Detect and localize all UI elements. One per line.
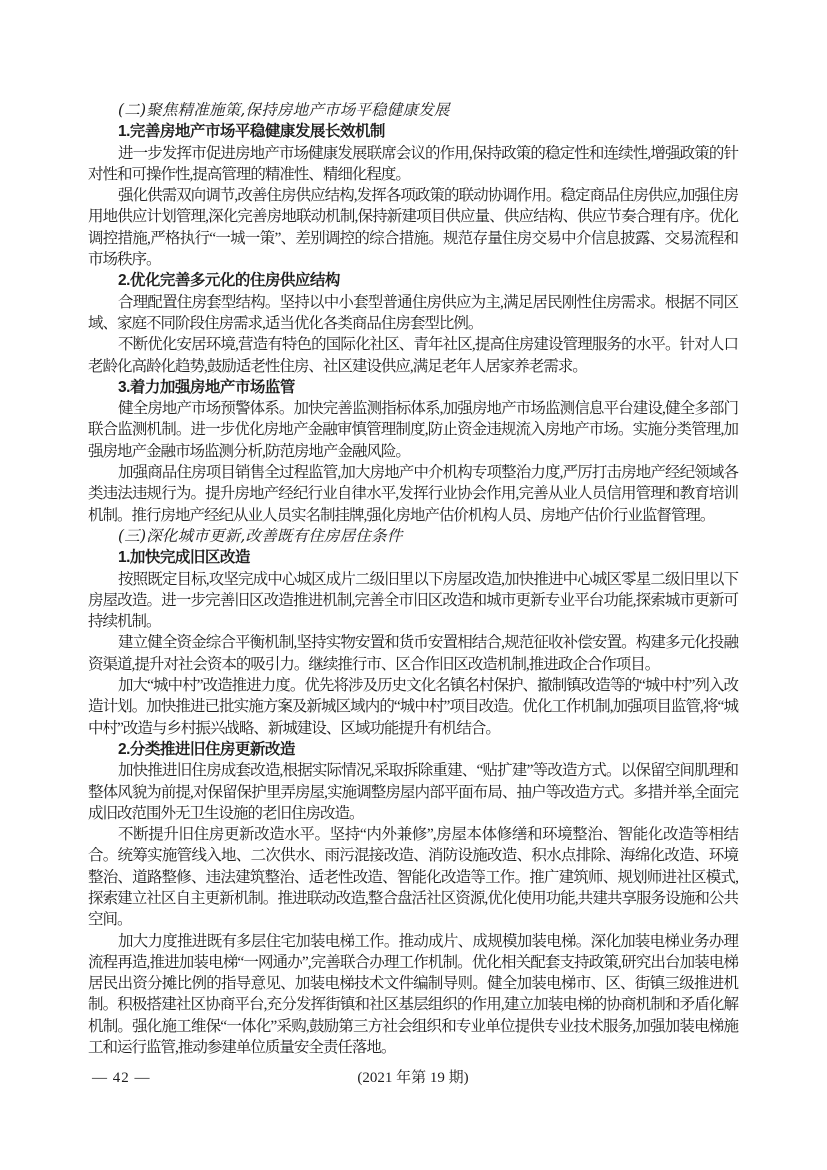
body-paragraph: 健全房地产市场预警体系。加快完善监测指标体系,加强房地产市场监测信息平台建设,健… (88, 398, 738, 462)
body-paragraph: 加大“城中村”改造推进力度。优先将涉及历史文化名镇名村保护、撤制镇改造等的“城中… (88, 675, 738, 739)
sub-heading: 2.分类推进旧住房更新改造 (88, 739, 738, 760)
body-paragraph: 按照既定目标,攻坚完成中心城区成片二级旧里以下房屋改造,加快推进中心城区零星二级… (88, 569, 738, 633)
body-paragraph: 进一步发挥市促进房地产市场健康发展联席会议的作用,保持政策的稳定性和连续性,增强… (88, 143, 738, 186)
page-footer: — 42 — (2021 年第 19 期) (88, 1067, 738, 1089)
page-number: — 42 — (92, 1067, 151, 1089)
body-paragraph: 加快推进旧住房成套改造,根据实际情况,采取拆除重建、“贴扩建”等改造方式。以保留… (88, 760, 738, 824)
body-paragraph: 加强商品住房项目销售全过程监管,加大房地产中介机构专项整治力度,严厉打击房地产经… (88, 462, 738, 526)
section-heading: (三)深化城市更新,改善既有住房居住条件 (88, 526, 738, 547)
sub-heading: 1.加快完成旧区改造 (88, 547, 738, 568)
body-paragraph: 不断优化安居环境,营造有特色的国际化社区、青年社区,提高住房建设管理服务的水平。… (88, 334, 738, 377)
body-paragraph: 不断提升旧住房更新改造水平。坚持“内外兼修”,房屋本体修缮和环境整治、智能化改造… (88, 824, 738, 930)
document-text-block: (二)聚焦精准施策,保持房地产市场平稳健康发展 1.完善房地产市场平稳健康发展长… (88, 100, 738, 1058)
sub-heading: 3.着力加强房地产市场监管 (88, 377, 738, 398)
sub-heading: 2.优化完善多元化的住房供应结构 (88, 270, 738, 291)
sub-heading: 1.完善房地产市场平稳健康发展长效机制 (88, 121, 738, 142)
issue-label: (2021 年第 19 期) (88, 1067, 738, 1089)
body-paragraph: 建立健全资金综合平衡机制,坚持实物安置和货币安置相结合,规范征收补偿安置。构建多… (88, 632, 738, 675)
body-paragraph: 合理配置住房套型结构。坚持以中小套型普通住房供应为主,满足居民刚性住房需求。根据… (88, 292, 738, 335)
document-page: (二)聚焦精准施策,保持房地产市场平稳健康发展 1.完善房地产市场平稳健康发展长… (0, 0, 827, 1170)
body-paragraph: 加大力度推进既有多层住宅加装电梯工作。推动成片、成规模加装电梯。深化加装电梯业务… (88, 931, 738, 1059)
body-paragraph: 强化供需双向调节,改善住房供应结构,发挥各项政策的联动协调作用。稳定商品住房供应… (88, 185, 738, 270)
section-heading: (二)聚焦精准施策,保持房地产市场平稳健康发展 (88, 100, 738, 121)
